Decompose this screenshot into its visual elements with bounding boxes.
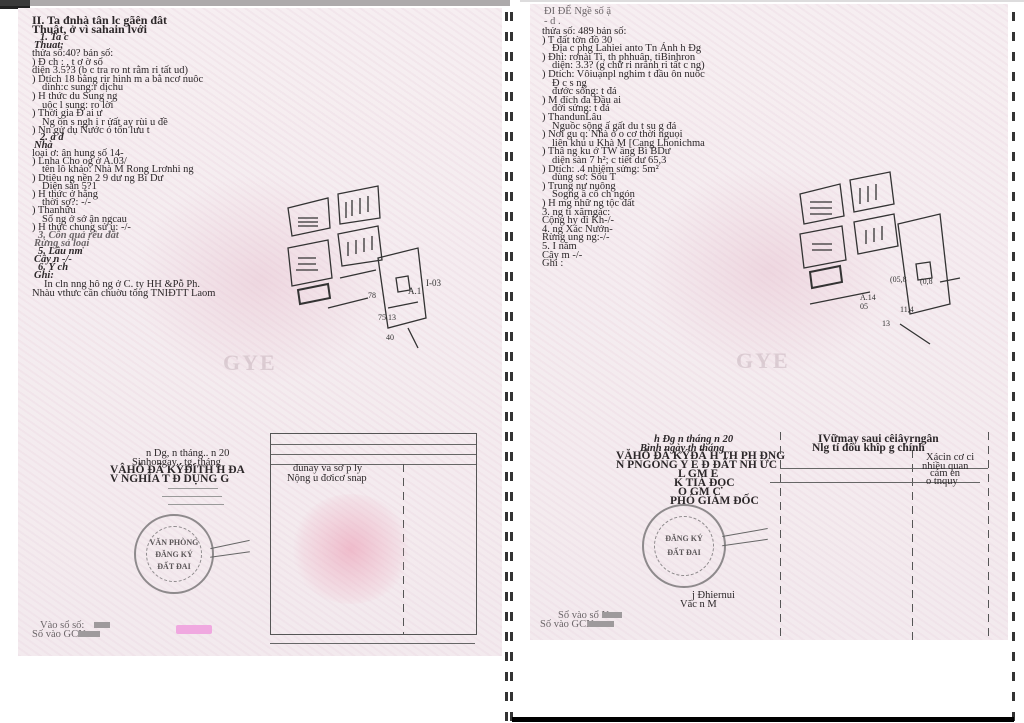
left-table-header-2: Nộng u đơicơ snap [287,474,367,484]
right-table-col2-4: o tnquy [926,476,958,487]
scan-bottom-edge [512,717,1014,722]
right-official-stamp: ĐĂNG KÝ ĐẤT ĐAI [642,504,726,588]
svg-text:(0,8: (0,8 [920,277,933,286]
svg-text:A.1: A.1 [408,286,421,296]
right-redaction-1 [602,612,622,618]
certificate-page-right: ĐI ĐỂ Ngề số ặ - d . A.14 05 [530,4,1008,640]
svg-text:I-03: I-03 [426,278,441,288]
svg-text:11,4: 11,4 [900,305,914,314]
certificate-page-left: II. Ta đnhà tân lc gãên đât Thuât, ở vì … [18,8,502,656]
right-page-perforation-right [1012,12,1015,723]
svg-text:40: 40 [386,333,394,342]
left-note-line-2: Nhàu vthưc cần chuờu tổng TNIĐTT Laom [32,288,215,299]
right-signer-line-2: Văc n M [680,599,717,610]
svg-text:05: 05 [860,302,868,311]
left-page-perforation [505,12,508,723]
right-page-perforation-left [510,12,513,723]
left-pink-mark [176,625,212,634]
land-plot-diagram-right: A.14 05 (05,8 (0,8 11,4 13 [770,154,970,354]
right-table-header-2: Nlg tí đổu khîp g chính [812,443,925,454]
document-text-line: ) H thức chung sử ụ: -/- [32,222,131,233]
left-redaction-1 [94,622,110,628]
left-red-seal [291,494,411,604]
left-changes-table: đunay va sơ p ly Nộng u đơicơ snap [270,433,477,635]
svg-text:13: 13 [882,319,890,328]
left-sign-org-2: V NGHĨA T Đ DỤNG G [110,474,229,485]
svg-text:75,13: 75,13 [378,313,396,322]
left-watermark: GYE [223,350,277,376]
left-redaction-2 [78,631,100,637]
right-watermark: GYE [736,348,790,374]
left-official-stamp: VĂN PHÒNG ĐĂNG KÝ ĐẤT ĐAI [134,514,214,594]
right-changes-table: IVữmay saui cêiâyrngân Nlg tí đổu khîp g… [780,432,990,640]
right-redaction-2 [588,621,614,627]
svg-text:A.14: A.14 [860,293,876,302]
land-plot-diagram-left: I-03 A.1 78 75,13 40 [268,158,448,358]
svg-text:78: 78 [368,291,376,300]
document-text-line: ) Nn gử dụ Nước ó tổn lưu t [32,125,150,136]
document-text-line: Ghi : [542,258,563,269]
svg-text:(05,8: (05,8 [890,275,907,284]
